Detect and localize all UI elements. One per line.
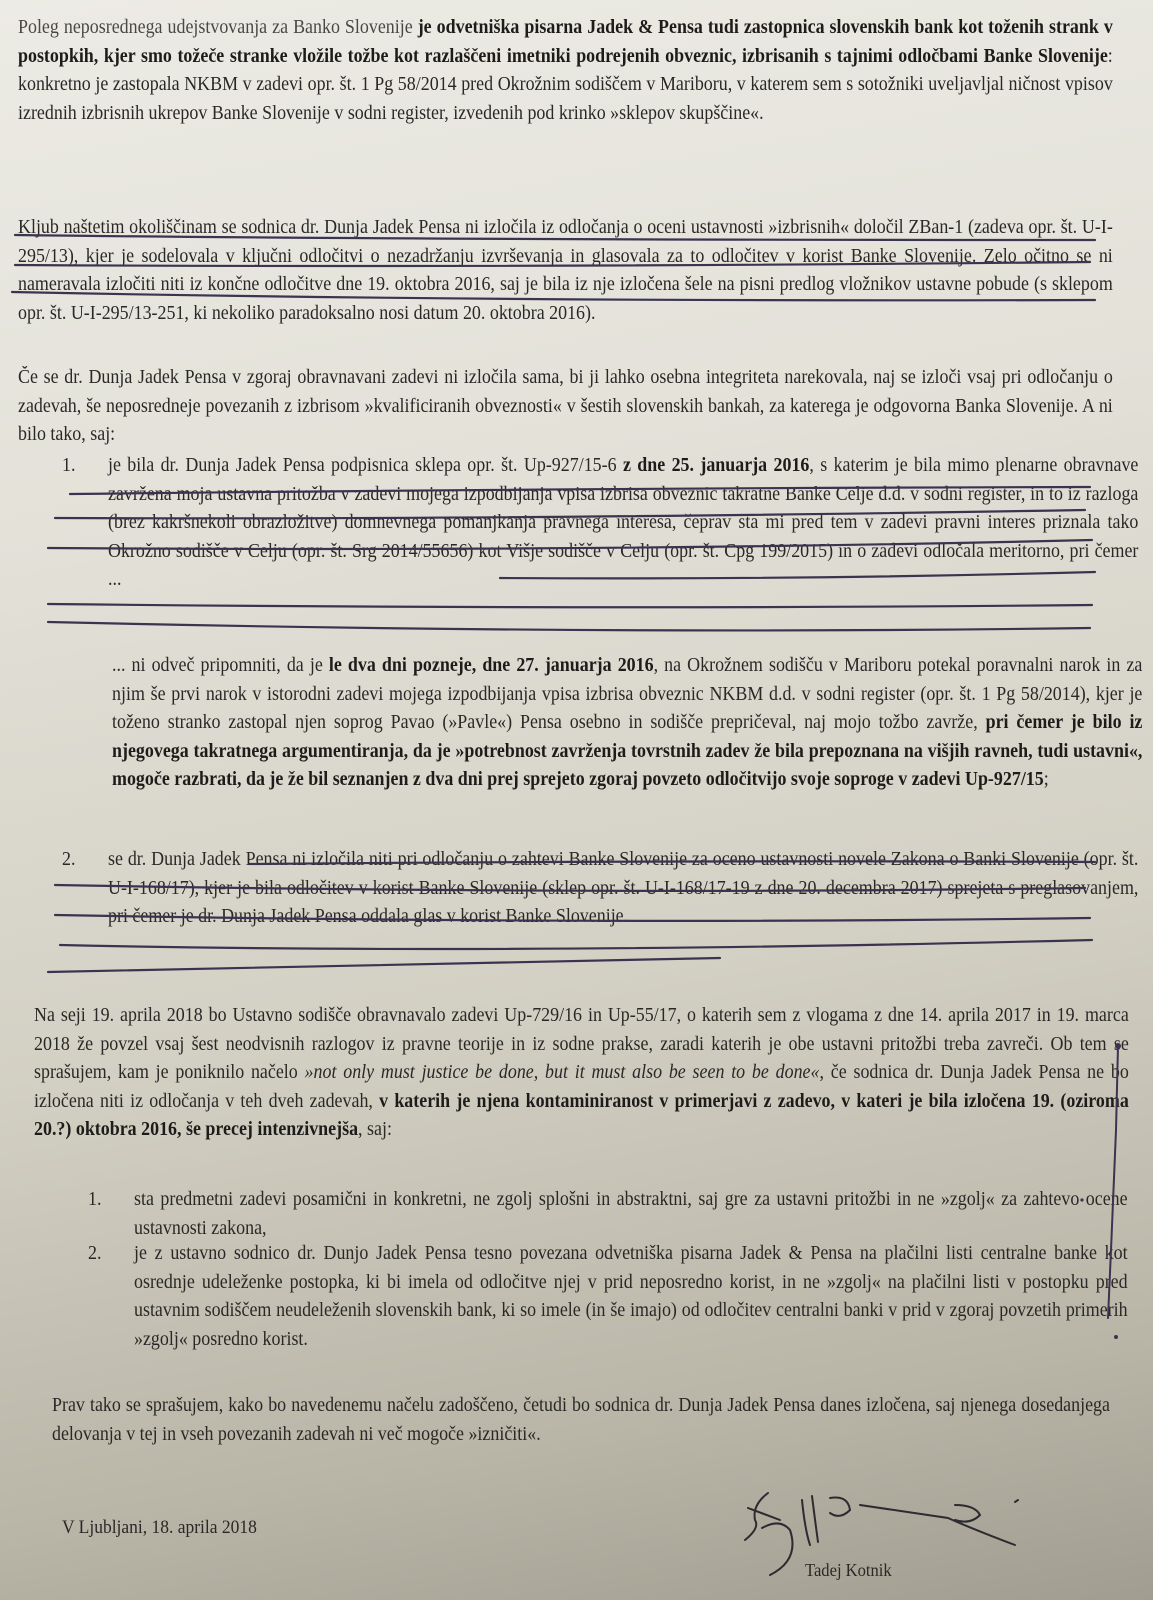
list-number: 1.: [88, 1186, 101, 1215]
document-page: Poleg neposrednega udejstvovanja za Bank…: [0, 0, 1153, 1600]
p3-text: Če se dr. Dunja Jadek Pensa v zgoraj obr…: [18, 364, 1113, 450]
list1-item-2: 2. se dr. Dunja Jadek Pensa ni izločila …: [62, 846, 1129, 966]
p1-text-a: Poleg neposrednega udejstvovanja za Bank…: [18, 17, 418, 38]
p4-text-e: , saj:: [358, 1119, 392, 1140]
signatory-name: Tadej Kotnik: [805, 1560, 892, 1581]
list1-item1-text-a: je bila dr. Dunja Jadek Pensa podpisnica…: [108, 455, 623, 476]
list-number: 1.: [62, 452, 75, 481]
list2-item2-text: je z ustavno sodnico dr. Dunjo Jadek Pen…: [134, 1240, 1128, 1354]
paragraph-2: Kljub naštetim okoliščinam se sodnica dr…: [18, 214, 1025, 328]
p5-text: Prav tako se sprašujem, kako bo navedene…: [52, 1392, 1110, 1449]
list-number: 2.: [62, 846, 75, 875]
list1-item-1-continuation: ... ni odveč pripomniti, da je le dva dn…: [112, 652, 1142, 795]
list1-item2-text: se dr. Dunja Jadek Pensa ni izločila nit…: [108, 846, 1138, 932]
list1-item1-bold: z dne 25. januarja 2016: [623, 455, 809, 476]
paragraph-4: Na seji 19. aprila 2018 bo Ustavno sodiš…: [34, 1002, 1041, 1145]
p4-italic-quote: »not only must justice be done, but it m…: [305, 1062, 820, 1083]
cont-bold-1: le dva dni pozneje, dne 27. januarja 201…: [329, 655, 654, 676]
list2-item1-text: sta predmetni zadevi posamični in konkre…: [134, 1186, 1128, 1243]
paragraph-3: Če se dr. Dunja Jadek Pensa v zgoraj obr…: [18, 364, 1025, 450]
place-and-date: V Ljubljani, 18. aprila 2018: [62, 1517, 257, 1539]
paragraph-1: Poleg neposrednega udejstvovanja za Bank…: [18, 14, 1025, 128]
cont-text-a: ... ni odveč pripomniti, da je: [112, 655, 329, 676]
p2-text: Kljub naštetim okoliščinam se sodnica dr…: [18, 214, 1113, 328]
list1-item-1: 1. je bila dr. Dunja Jadek Pensa podpisn…: [62, 452, 1129, 642]
cont-text-e: ;: [1044, 769, 1049, 790]
paragraph-5: Prav tako se sprašujem, kako bo navedene…: [52, 1392, 1027, 1449]
list-number: 2.: [88, 1240, 101, 1269]
